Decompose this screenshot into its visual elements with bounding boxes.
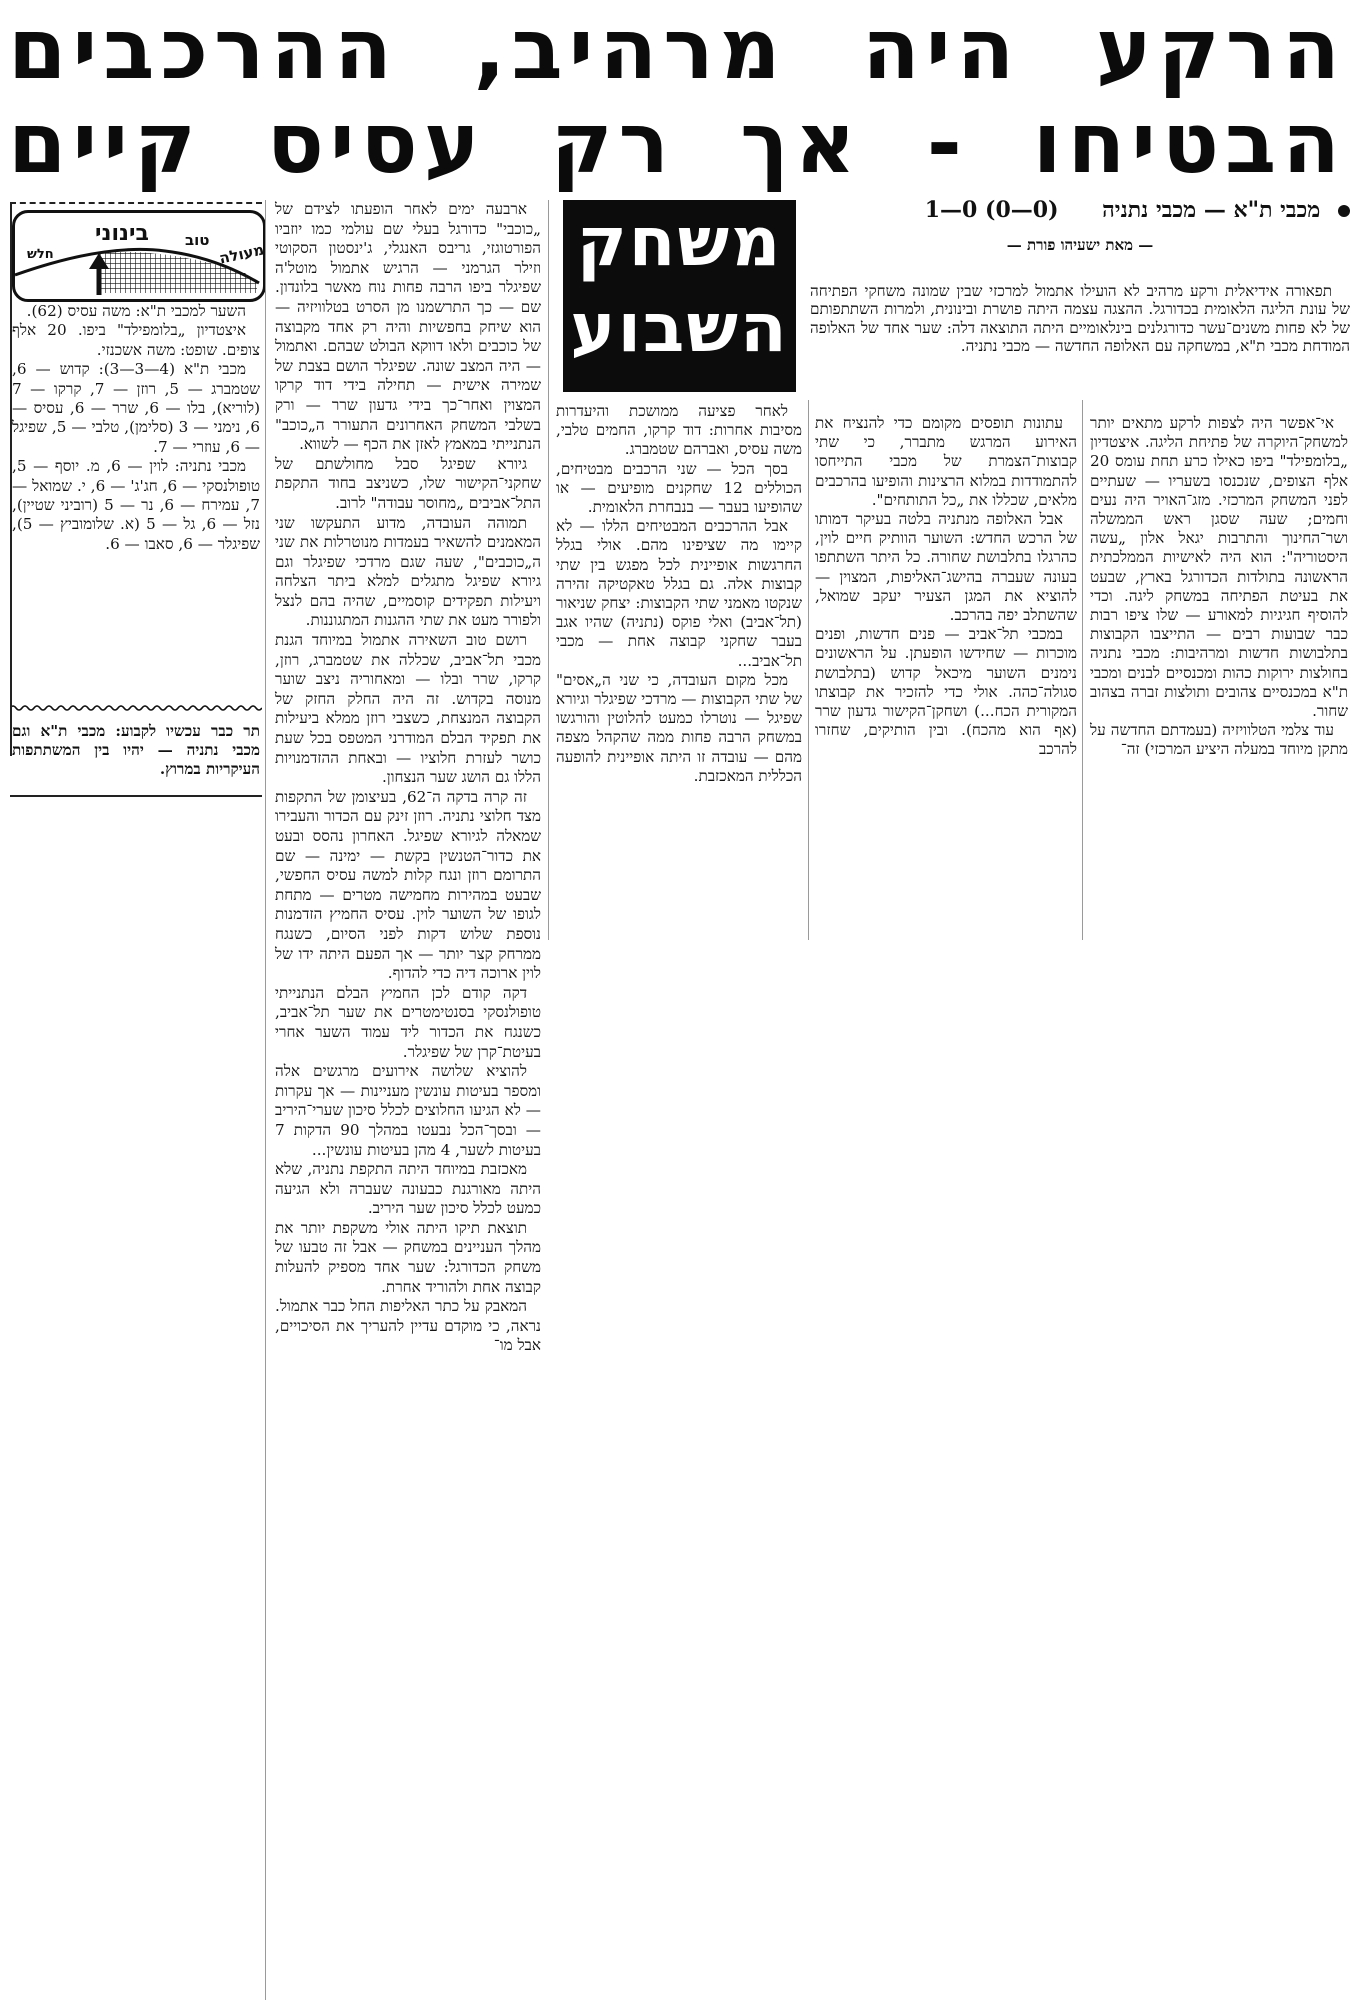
- gauge-label-weak: חלש: [27, 247, 54, 262]
- wavy-divider: [10, 704, 262, 712]
- box-word-1: משחק: [563, 200, 796, 286]
- column-rule: [1082, 400, 1083, 940]
- facts-scorer: השער למכבי ת"א: משה עסיס (62).: [12, 302, 260, 321]
- article-intro: תפאורה אידיאלית ורקע מרהיב לא הועילו אתמ…: [810, 282, 1350, 356]
- game-of-week-box: משחק השבוע: [563, 200, 796, 392]
- gauge-label-average: בינוני: [95, 221, 149, 246]
- verdict: תר כבר עכשיו לקבוע: מכבי ת"א וגם מכבי נת…: [12, 722, 260, 780]
- paragraph: רושם טוב השאירה אתמול במיוחד הגנת מכבי ת…: [275, 631, 541, 788]
- headline-line-2: הבטיחו - אך רק עסיס קיים: [8, 98, 1346, 188]
- paragraph: תוצאת תיקו היתה אולי משקפת יותר את מהלך …: [275, 1219, 541, 1297]
- paragraph: לאחר פציעה ממושכת והיעדרות מסיבות אחרות:…: [556, 402, 802, 460]
- gauge-label-good: טוב: [185, 231, 210, 249]
- paragraph: במכבי תל־אביב — פנים חדשות, ופנים מוכרות…: [815, 625, 1077, 759]
- team-away: מכבי נתניה: [1102, 197, 1196, 223]
- paragraph: המאבק על כתר האליפות החל כבר אתמול. נראה…: [275, 1297, 541, 1356]
- paragraph: זה קרה בדקה ה־62, בעיצומן של התקפות מצד …: [275, 788, 541, 984]
- inset-left-rule: [10, 202, 12, 756]
- byline: — מאת ישעיהו פורת —: [810, 236, 1350, 255]
- column-mid-left: לאחר פציעה ממושכת והיעדרות מסיבות אחרות:…: [556, 402, 802, 786]
- column-left-long: ארבעה ימים לאחר הופעתו לצידם של „כוכבי" …: [275, 200, 541, 1356]
- column-rule: [808, 400, 809, 940]
- team-separator: —: [1204, 197, 1226, 223]
- column-right: אי־אפשר היה לצפות לרקע מתאים יותר למשחק־…: [1090, 414, 1348, 760]
- paragraph: בסך הכל — שני הרכבים מבטיחים, הכוללים 12…: [556, 460, 802, 518]
- paragraph: עתונות תופסים מקומם כדי להנציח את האירוע…: [815, 414, 1077, 510]
- paragraph: מאכזבת במיוחד היתה התקפת נתניה, שלא היתה…: [275, 1160, 541, 1219]
- facts-lineup-maccabi-netanya: מכבי נתניה: לוין — 6, מ. יוסף — 5, טופול…: [12, 457, 260, 554]
- match-score: 1—0 (0—0): [925, 196, 1059, 224]
- paragraph: תמוהה העובדה, מדוע התעקשו שני המאמנים לה…: [275, 514, 541, 632]
- paragraph: מכל מקום העובדה, כי שני ה„אסים" של שתי ה…: [556, 671, 802, 786]
- paragraph: ארבעה ימים לאחר הופעתו לצידם של „כוכבי" …: [275, 200, 541, 455]
- column-rule: [548, 200, 549, 940]
- paragraph: אבל ההרכבים המבטיחים הללו — לא קיימו מה …: [556, 517, 802, 671]
- bullet-icon: [1338, 205, 1350, 217]
- halftime-score: (0—0): [985, 197, 1058, 223]
- paragraph: אבל האלופה מנתניה בלטה בעיקר דמותו של הר…: [815, 510, 1077, 625]
- paragraph: גיורא שפיגל סבל מחולשתם של שחקני־הקישור …: [275, 455, 541, 514]
- paragraph: אי־אפשר היה לצפות לרקע מתאים יותר למשחק־…: [1090, 414, 1348, 721]
- inset-top-rule: [10, 202, 262, 204]
- match-teams: מכבי ת"א — מכבי נתניה: [1094, 197, 1320, 223]
- column-rule: [265, 200, 266, 2000]
- paragraph: עוד צלמי הטלוויזיה (בעמדתם החדשה על מתקן…: [1090, 721, 1348, 759]
- team-home: מכבי ת"א: [1233, 197, 1320, 223]
- facts-venue: איצטדיון „בלומפילד" ביפו. 20 אלף צופים. …: [12, 321, 260, 360]
- rating-gauge: חלש בינוני טוב מעולה: [12, 210, 266, 302]
- match-facts: השער למכבי ת"א: משה עסיס (62). איצטדיון …: [12, 302, 260, 554]
- box-word-2: השבוע: [563, 286, 796, 372]
- intro-paragraph: תפאורה אידיאלית ורקע מרהיב לא הועילו אתמ…: [810, 282, 1350, 356]
- headline-line-1: הרקע היה מרהיב, ההרכבים: [8, 4, 1346, 94]
- headline: הרקע היה מרהיב, ההרכבים הבטיחו - אך רק ע…: [0, 0, 1354, 195]
- column-mid-right: עתונות תופסים מקומם כדי להנציח את האירוע…: [815, 414, 1077, 760]
- facts-lineup-maccabi-ta: מכבי ת"א (4—3—3): קדוש — 6, שטמברג — 5, …: [12, 360, 260, 457]
- verdict-bottom-rule: [10, 795, 262, 797]
- paragraph: להוציא שלושה אירועים מרגשים אלה ומספר בע…: [275, 1062, 541, 1160]
- final-score: 1—0: [925, 197, 978, 223]
- match-header: מכבי ת"א — מכבי נתניה 1—0 (0—0): [810, 196, 1350, 224]
- paragraph: דקה קודם לכן החמיץ הבלם הנתנייתי טופולנס…: [275, 984, 541, 1062]
